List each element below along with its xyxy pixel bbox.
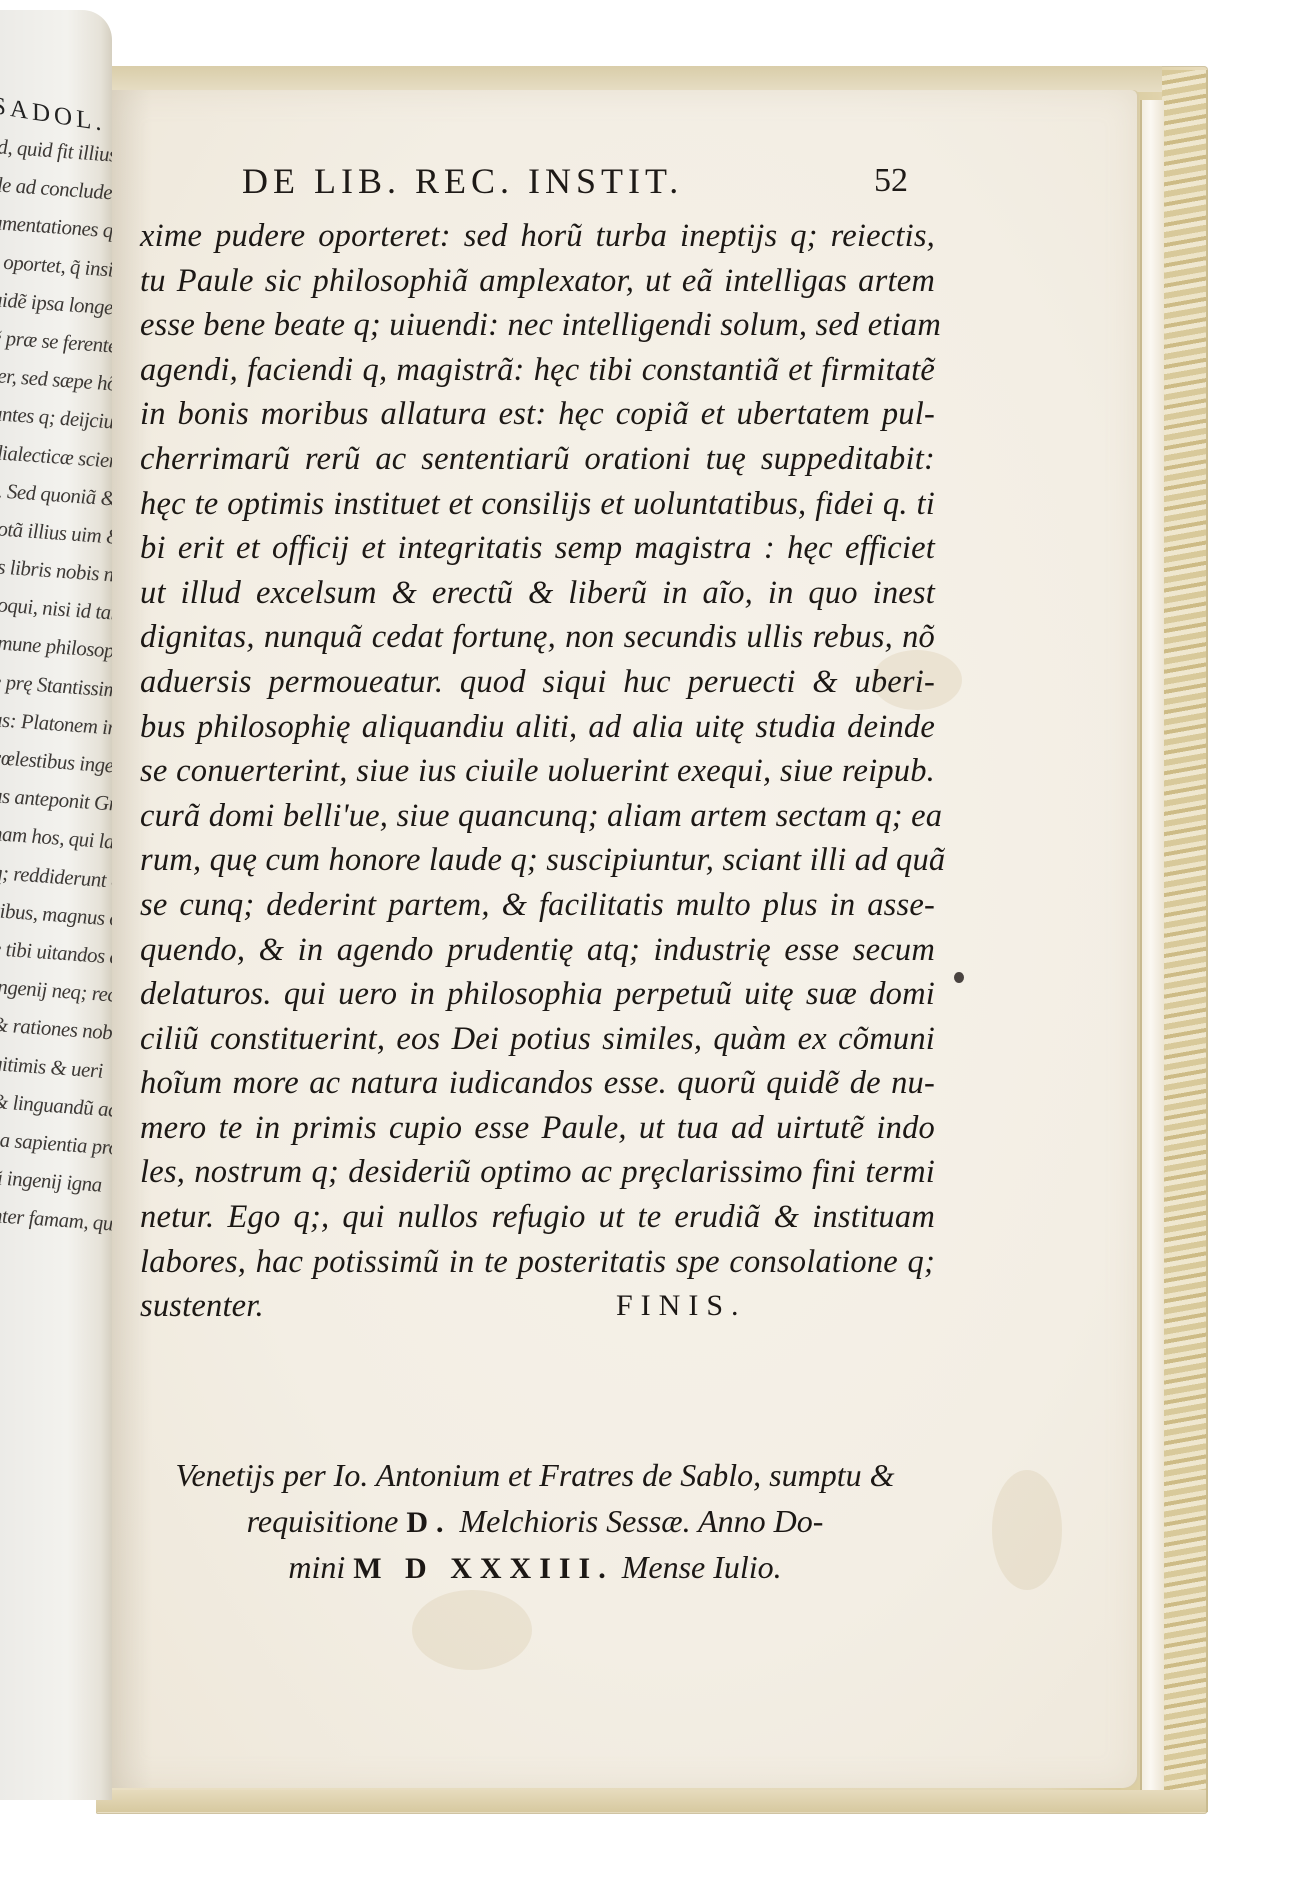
text-line-content: se conuerterint, siue ius ciuile uolueri… — [140, 753, 935, 789]
text-line: labores, hac potissimũ in te posteritati… — [140, 1240, 935, 1285]
text-line-content: hoĩum more ac natura iudicandos esse. qu… — [140, 1065, 935, 1101]
text-line: delaturos. qui uero in philosophia perpe… — [140, 972, 935, 1017]
binding-bottom-edge — [96, 1790, 1206, 1812]
foxing-stain — [412, 1590, 532, 1670]
text-line: curã domi belli'ue, siue quancunq; aliam… — [140, 794, 935, 839]
text-line-content: rum, quę cum honore laude q; suscipiuntu… — [140, 842, 945, 878]
text-line-content: se cunq; dederint partem, & facilitatis … — [140, 887, 935, 923]
text-line-content: aduersis permoueatur. quod siqui huc per… — [140, 664, 935, 700]
text-line: in bonis moribus allatura est: hęc copiã… — [140, 392, 935, 437]
text-line: tu Paule sic philosophiã amplexator, ut … — [140, 259, 935, 304]
pastedown-edge — [1140, 100, 1164, 1800]
colophon-line-2: requisitione D. Melchioris Sessæ. Anno D… — [140, 1498, 930, 1544]
folio-number: 52 — [874, 162, 908, 200]
text-line: xime pudere oporteret: sed horũ turba in… — [140, 214, 935, 259]
finis-label: FINIS. — [616, 1284, 747, 1329]
text-line: mero te in primis cupio esse Paule, ut t… — [140, 1106, 935, 1151]
text-line: quendo, & in agendo prudentię atq; indus… — [140, 928, 935, 973]
text-line-content: ut illud excelsum & erectũ & liberũ in a… — [140, 575, 935, 611]
colophon-text: Mense Iulio. — [622, 1549, 782, 1585]
text-line-content: bus philosophię aliquandiu aliti, ad ali… — [140, 709, 935, 745]
colophon-text: Melchioris Sessæ. Anno Do- — [460, 1503, 824, 1539]
colophon: Venetijs per Io. Antonium et Fratres de … — [140, 1452, 930, 1590]
foxing-stain — [992, 1470, 1062, 1590]
text-line-content: ciliũ constituerint, eos Dei potius simi… — [140, 1021, 935, 1057]
verso-text-block: SADOL. LIB. id, quid fit illius grade ad… — [0, 85, 112, 1234]
text-line: esse bene beate q; uiuendi: nec intellig… — [140, 303, 935, 348]
text-line-content: netur. Ego q;, qui nullos refugio ut te … — [140, 1199, 935, 1235]
recto-text-block: xime pudere oporteret: sed horũ turba in… — [140, 214, 935, 1329]
text-line: sustenter.FINIS. — [140, 1284, 935, 1329]
text-line-content: dignitas, nunquã cedat fortunę, non secu… — [140, 619, 935, 655]
text-line-content: cherrimarũ rerũ ac sententiarũ orationi … — [140, 441, 935, 477]
text-line-content: bi erit et officij et integritatis semp … — [140, 530, 935, 566]
text-line-content: sustenter. — [140, 1288, 264, 1324]
text-line-content: les, nostrum q; desideriũ optimo ac prȩc… — [140, 1154, 935, 1190]
text-line-content: esse bene beate q; uiuendi: nec intellig… — [140, 307, 941, 343]
running-header: DE LIB. REC. INSTIT. 52 — [242, 160, 942, 204]
text-line: ut illud excelsum & erectũ & liberũ in a… — [140, 571, 935, 616]
text-line: se conuerterint, siue ius ciuile uolueri… — [140, 749, 935, 794]
text-line: hęc te optimis instituet et consilijs et… — [140, 482, 935, 527]
text-line: rum, quę cum honore laude q; suscipiuntu… — [140, 838, 935, 883]
text-line-content: mero te in primis cupio esse Paule, ut t… — [140, 1110, 935, 1146]
text-line: netur. Ego q;, qui nullos refugio ut te … — [140, 1195, 935, 1240]
text-line-content: delaturos. qui uero in philosophia perpe… — [140, 976, 935, 1012]
text-line-content: in bonis moribus allatura est: hęc copiã… — [140, 396, 935, 432]
text-line: ciliũ constituerint, eos Dei potius simi… — [140, 1017, 935, 1062]
running-title: DE LIB. REC. INSTIT. — [242, 160, 683, 202]
book-photograph: SADOL. LIB. id, quid fit illius grade ad… — [0, 0, 1300, 1890]
text-line-content: quendo, & in agendo prudentię atq; indus… — [140, 932, 935, 968]
text-line: agendi, faciendi q, magistrã: hęc tibi c… — [140, 348, 935, 393]
text-line: se cunq; dederint partem, & facilitatis … — [140, 883, 935, 928]
text-line-content: agendi, faciendi q, magistrã: hęc tibi c… — [140, 352, 935, 388]
text-line: dignitas, nunquã cedat fortunę, non secu… — [140, 615, 935, 660]
colophon-line-1: Venetijs per Io. Antonium et Fratres de … — [140, 1452, 930, 1498]
binding-top-edge — [112, 66, 1162, 92]
text-line: hoĩum more ac natura iudicandos esse. qu… — [140, 1061, 935, 1106]
colophon-line-3: mini M D XXXIII. Mense Iulio. — [140, 1544, 930, 1590]
text-line: cherrimarũ rerũ ac sententiarũ orationi … — [140, 437, 935, 482]
text-line: bi erit et officij et integritatis semp … — [140, 526, 935, 571]
text-line-content: hęc te optimis instituet et consilijs et… — [140, 486, 935, 522]
colophon-text: mini — [288, 1549, 345, 1585]
colophon-date: M D XXXIII. — [353, 1552, 614, 1585]
text-line-content: curã domi belli'ue, siue quancunq; aliam… — [140, 798, 942, 834]
text-line-content: tu Paule sic philosophiã amplexator, ut … — [140, 263, 935, 299]
ink-spot — [954, 972, 964, 983]
text-line: bus philosophię aliquandiu aliti, ad ali… — [140, 705, 935, 750]
text-line-content: labores, hac potissimũ in te posteritati… — [140, 1244, 935, 1280]
binding-fore-edge — [1162, 70, 1208, 1812]
colophon-caps: D. — [406, 1506, 451, 1539]
verso-text-line: nter famam, qua — [0, 1196, 112, 1243]
verso-page: SADOL. LIB. id, quid fit illius grade ad… — [0, 10, 112, 1800]
text-line-content: xime pudere oporteret: sed horũ turba in… — [140, 218, 935, 254]
text-line: les, nostrum q; desideriũ optimo ac prȩc… — [140, 1150, 935, 1195]
colophon-text: requisitione — [247, 1503, 399, 1539]
text-line: aduersis permoueatur. quod siqui huc per… — [140, 660, 935, 705]
